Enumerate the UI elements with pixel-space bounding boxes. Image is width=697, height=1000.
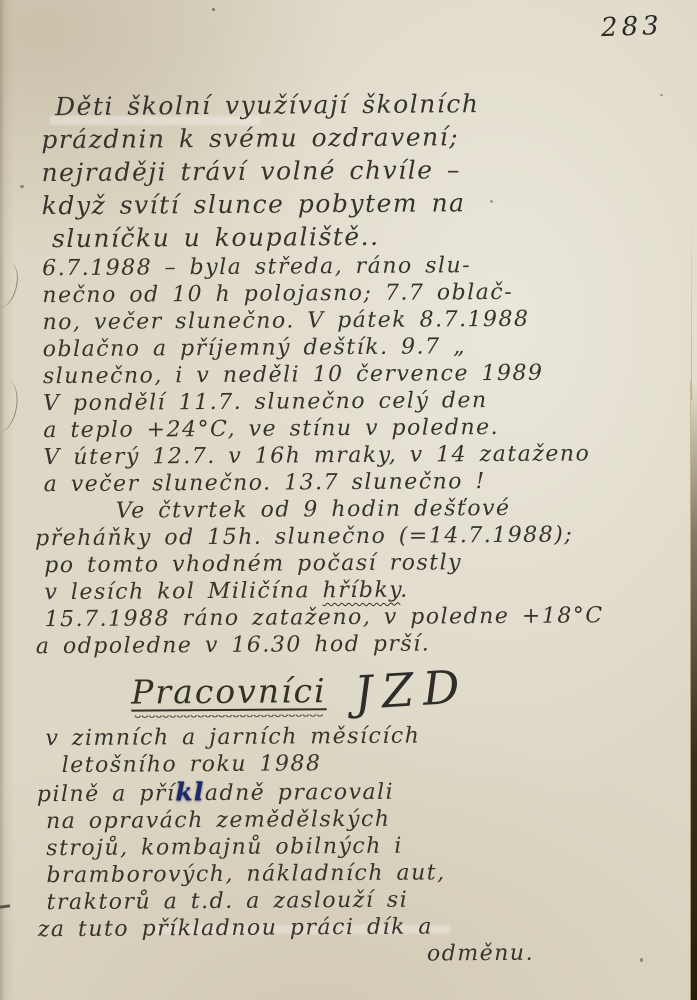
handwritten-line: sluníčku u koupaliště.. [52,218,665,255]
handwritten-line: po tomto vhodném počasí rostly [44,548,667,579]
heading-underlined-word: Pracovníci [131,671,327,711]
handwritten-line: strojů, kombajnů obilných i [46,831,669,862]
handwritten-line: v zimních a jarních měsících [45,721,668,752]
handwritten-line: a večer slunečno. 13.7 slunečno ! [44,467,667,498]
stray-pen-mark [0,904,10,908]
handwritten-line: a teplo +24°C, ve stínu v poledne. [43,413,666,444]
handwritten-line: 15.7.1988 ráno zataženo, v poledne +18°C [45,602,668,633]
line-text: adně pracovali [205,780,394,806]
handwritten-line: 6.7.1988 – byla středa, ráno slu- [42,251,665,282]
line-text: pilně a pří [37,781,176,807]
page-number: 283 [601,11,664,43]
handwritten-line: slunečno, i v neděli 10 července 1989 [43,359,666,390]
paper-speck [212,8,215,11]
handwritten-line: na opravách zemědělských [46,804,669,835]
section-heading: Pracovníci JZD [131,661,668,715]
handwritten-line: Ve čtvrtek od 9 hodin dešťové [116,494,667,525]
stray-pen-mark [0,260,22,311]
handwritten-line: no, večer slunečno. V pátek 8.7.1988 [42,305,665,336]
handwritten-line: V pondělí 11.7. slunečno celý den [43,386,666,417]
weather-mushrooms-paragraph: Ve čtvrtek od 9 hodin dešťové přeháňky o… [44,494,668,660]
handwritten-line: nečno od 10 h polojasno; 7.7 oblač- [42,278,665,309]
handwritten-line: pilně a příkladně pracovali [37,775,669,808]
handwritten-line: Děti školní využívají školních [55,86,664,123]
handwritten-line: když svítí slunce pobytem na [42,185,665,222]
paper-speck [640,958,643,962]
handwritten-text-block: Děti školní využívají školních prázdnin … [41,86,670,970]
weather-diary-paragraph: 6.7.1988 – byla středa, ráno slu- nečno … [42,251,667,498]
intro-paragraph: Děti školní využívají školních prázdnin … [41,86,665,255]
handwritten-line: prázdnin k svému ozdravení; [41,119,664,156]
paper-speck [490,200,493,203]
handwritten-line: V úterý 12.7. v 16h mraky, v 14 zataženo [43,440,666,471]
handwritten-line: a odpoledne v 16.30 hod prší. [36,629,668,660]
heading-org-initials: JZD [353,663,470,716]
blue-ink-correction: kl [175,777,205,806]
paper-speck [20,185,24,188]
page-edge-shadow-faint [691,200,692,400]
handwritten-line: přeháňky od 15h. slunečno (=14.7.1988); [35,521,667,552]
handwritten-line: v lesích kol Miličína hříbky. [44,575,667,606]
page-edge-shadow [690,380,697,1000]
handwritten-line: nejraději tráví volné chvíle – [41,152,664,189]
workers-paragraph: v zimních a jarních měsících letošního r… [45,721,670,970]
underlined-word-hribky: hříbky [323,578,401,604]
stray-pen-mark [0,378,21,434]
handwritten-line: traktorů a t.d. a zaslouží si [47,885,670,916]
paper-speck [660,94,663,96]
handwritten-line: letošního roku 1988 [62,748,669,779]
line-text: v lesích kol Miličína [44,578,322,605]
handwritten-line: bramborových, nákladních aut, [46,858,669,889]
chronicle-scanned-page: 283 Děti školní využívají školních prázd… [0,0,697,1000]
line-text: . [400,578,409,603]
handwritten-line: odměnu. [427,939,670,968]
handwritten-line: oblačno a příjemný deštík. 9.7 „ [43,332,666,363]
